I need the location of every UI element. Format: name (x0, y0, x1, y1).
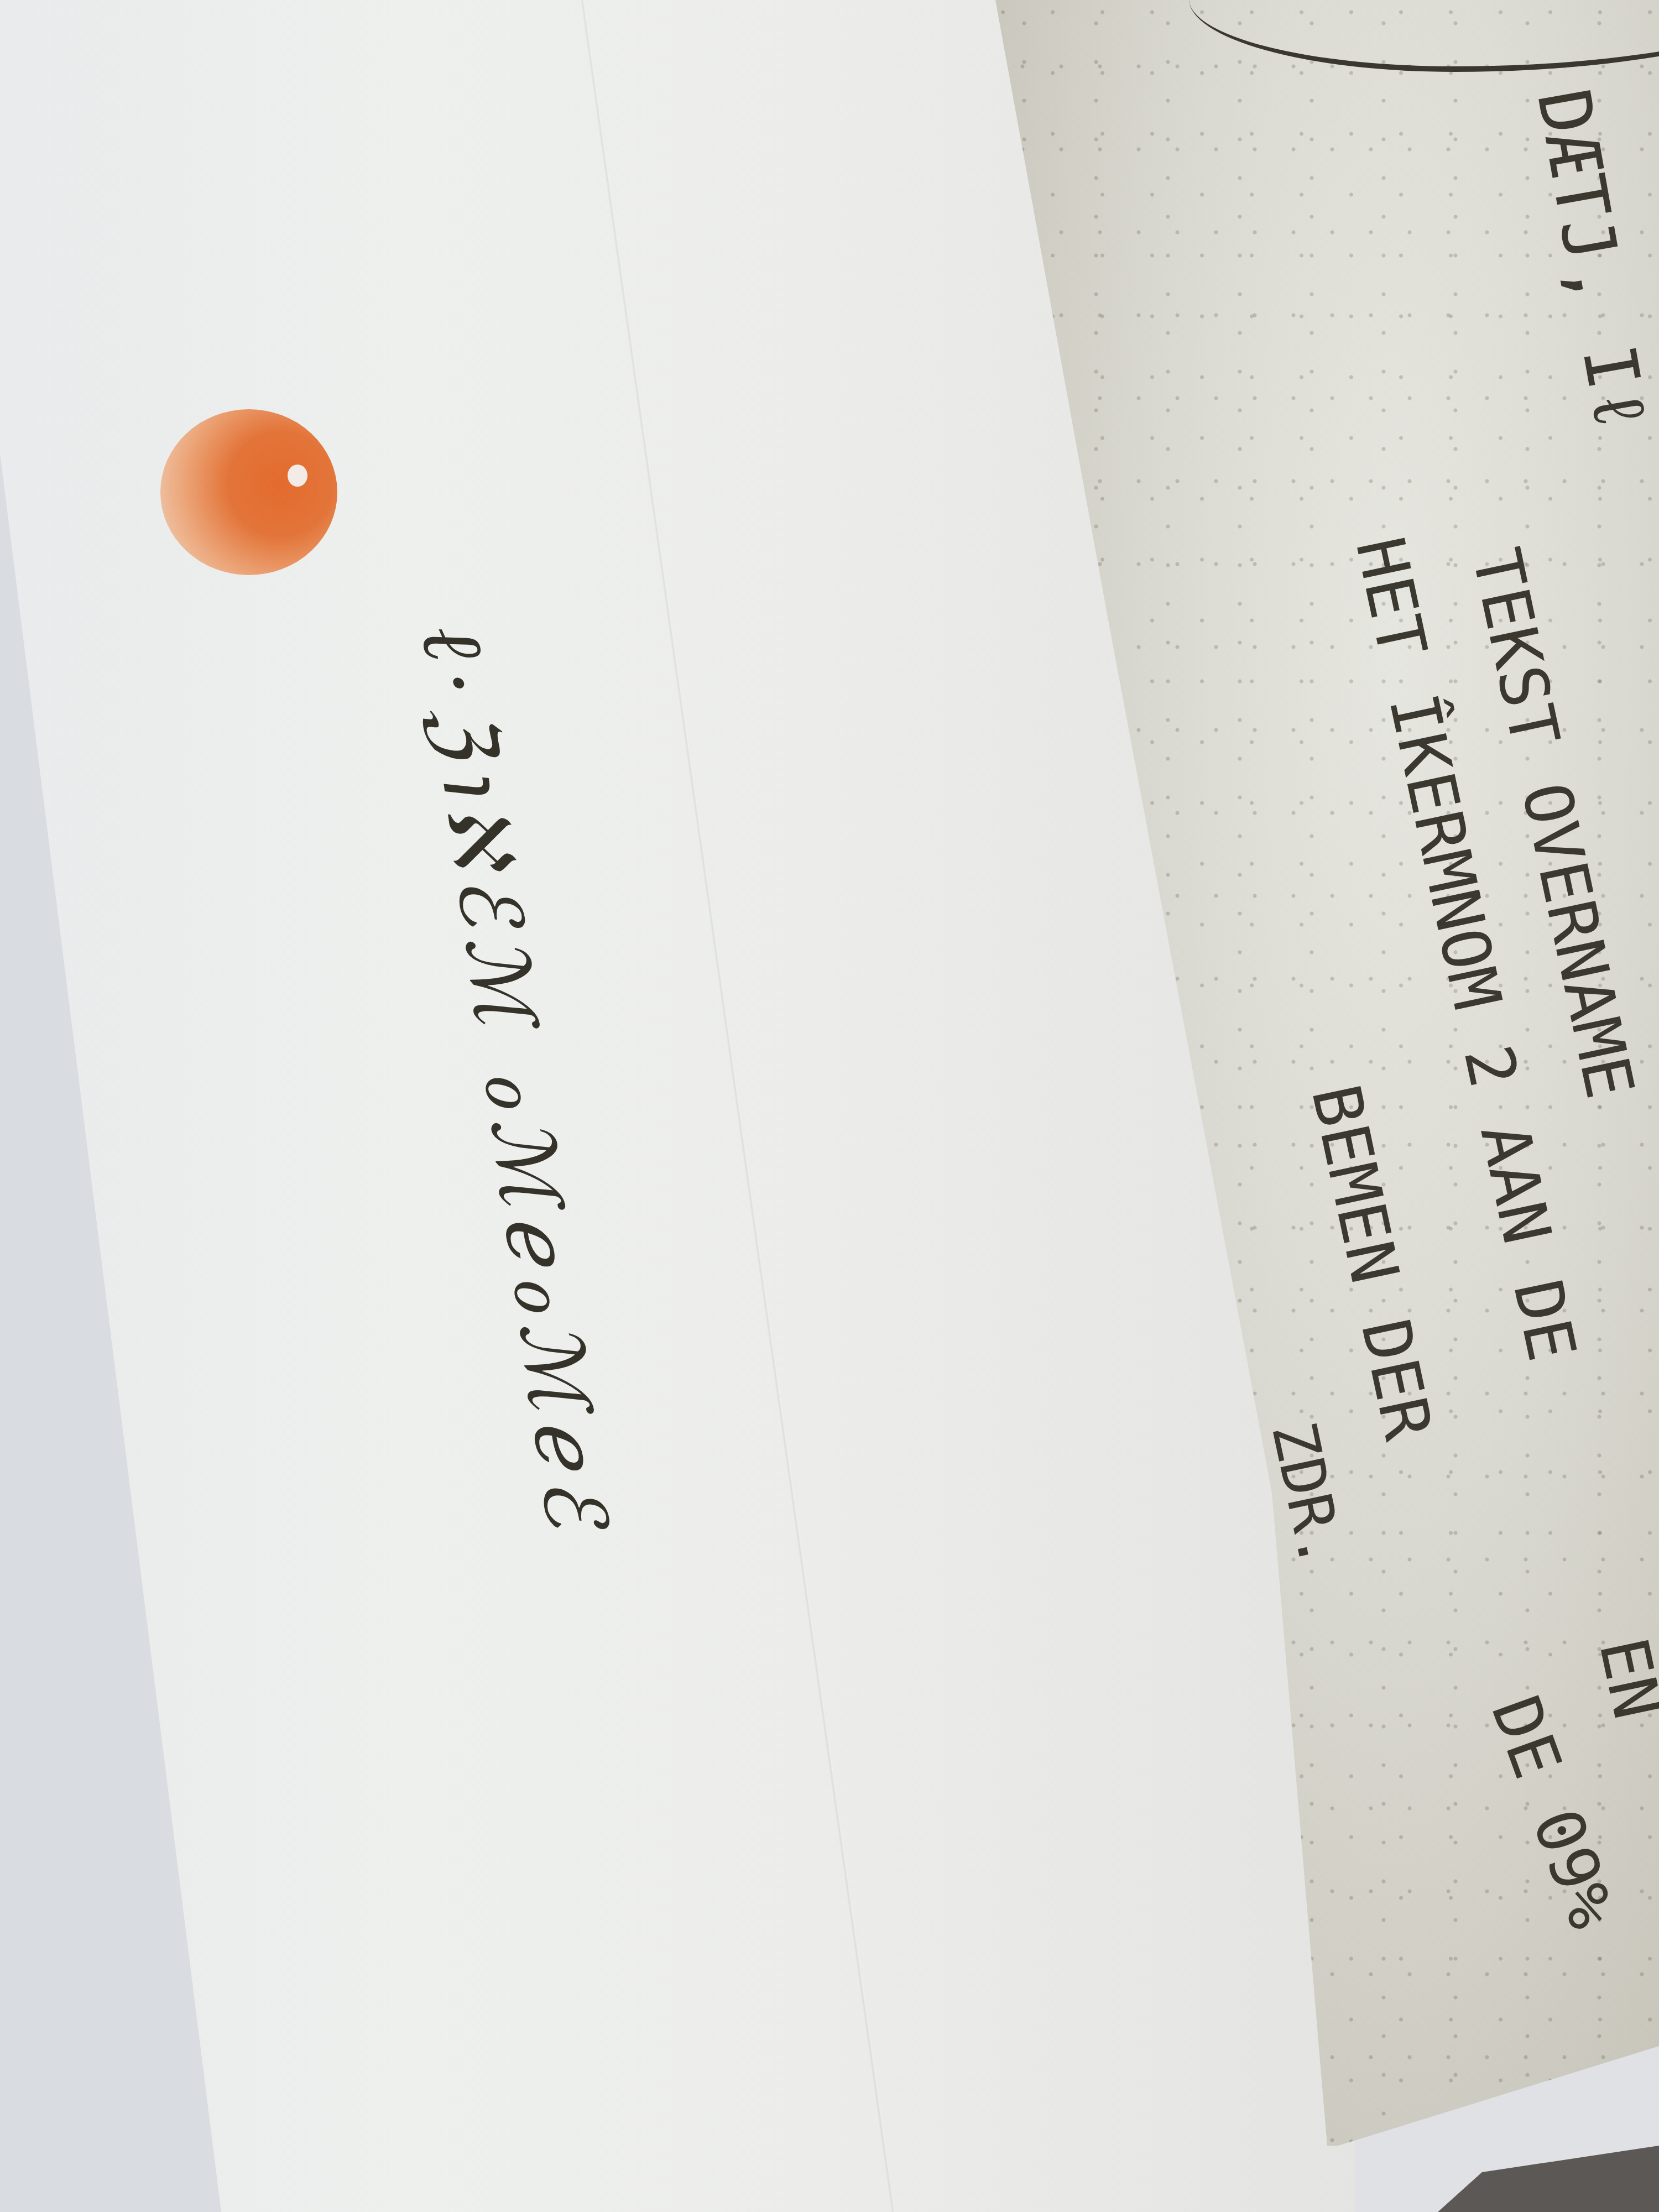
seal-highlight (288, 465, 307, 487)
orange-seal-icon (160, 409, 337, 575)
table-edge (1438, 2146, 1659, 2212)
